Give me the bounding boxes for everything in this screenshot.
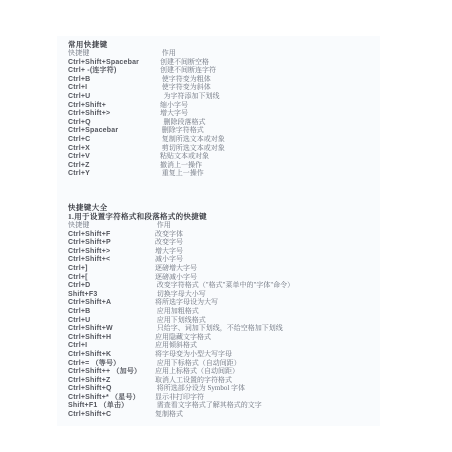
section-shortcut-compendium: 快捷键大全 1.用于设置字符格式和段落格式的快捷键 快捷键 作用 Ctrl+Sh… — [68, 203, 294, 419]
table-row: Ctrl+Shift+F改变字体 — [68, 230, 294, 239]
column-header-action: 作用 — [160, 49, 176, 58]
shortcut-action: 重复上一操作 — [160, 169, 204, 178]
shortcut-key: Ctrl+Shift+< — [68, 256, 155, 265]
shortcut-key: Ctrl+Z — [68, 162, 160, 171]
table-row: Ctrl+C 复制所选文本或对象 — [68, 135, 225, 144]
shortcut-key: Ctrl+Y — [68, 170, 160, 179]
shortcut-key: Ctrl+Shift+P — [68, 239, 155, 248]
shortcut-action: 逐磅增大字号 — [155, 264, 197, 273]
shortcut-action: 应用上标格式（自动间距） — [155, 367, 239, 376]
column-header-action: 作用 — [155, 221, 171, 230]
shortcut-action: 只给字、词加下划线，不给空格加下划线 — [155, 324, 283, 333]
shortcut-key: Ctrl+Shift+Z — [68, 377, 155, 386]
shortcut-key: Ctrl+B — [68, 76, 160, 85]
table-row: Ctrl+Shift+W 只给字、词加下划线，不给空格加下划线 — [68, 324, 294, 333]
shortcut-key: Ctrl+Shift+Q — [68, 385, 155, 394]
table-row: Ctrl+Shift++ （加号）应用上标格式（自动间距） — [68, 367, 294, 376]
shortcut-action: 剪切所选文本或对象 — [160, 144, 225, 153]
shortcut-table: Ctrl+Shift+F改变字体Ctrl+Shift+P改变字号Ctrl+Shi… — [68, 230, 294, 419]
shortcut-action: 复制格式 — [155, 410, 183, 419]
table-header-row: 快捷键 作用 — [68, 49, 225, 58]
shortcut-key: Ctrl+Shift+ — [68, 102, 160, 111]
shortcut-action: 粘贴文本或对象 — [160, 152, 209, 161]
table-row: Ctrl+U 应用下划线格式 — [68, 316, 294, 325]
shortcut-key: Ctrl+Shift+K — [68, 351, 155, 360]
shortcut-key: Ctrl+Shift++ （加号） — [68, 368, 155, 377]
shortcut-action: 删除字符格式 — [160, 126, 204, 135]
table-row: Ctrl+Shift+>增大字号 — [68, 109, 225, 118]
shortcut-key: Ctrl+] — [68, 265, 155, 274]
shortcut-key: Ctrl+I — [68, 84, 160, 93]
shortcut-key: Ctrl+Shift+F — [68, 231, 155, 240]
shortcut-key: Shift+F1 （单击） — [68, 402, 155, 411]
table-row: Ctrl+Spacebar 删除字符格式 — [68, 126, 225, 135]
shortcut-table: Ctrl+Shift+Spacebar创建不间断空格Ctrl+ -(连字符)创建… — [68, 58, 225, 178]
table-header-row: 快捷键 作用 — [68, 221, 294, 230]
section-title: 常用快捷键 — [68, 40, 225, 49]
shortcut-key: Ctrl+D — [68, 282, 155, 291]
shortcut-action: 改变字符格式（"格式"菜单中的"字体"命令） — [155, 281, 294, 290]
shortcut-action: 需查看文字格式了解其格式的文字 — [155, 401, 262, 410]
shortcut-action: 创建不间断空格 — [160, 58, 209, 67]
table-row: Ctrl+D 改变字符格式（"格式"菜单中的"字体"命令） — [68, 281, 294, 290]
shortcut-action: 创建不间断连字符 — [160, 66, 216, 75]
shortcut-key: Ctrl+Shift+A — [68, 299, 155, 308]
column-header-key: 快捷键 — [68, 221, 155, 230]
table-row: Ctrl+Shift+P改变字号 — [68, 238, 294, 247]
shortcut-action: 减小字号 — [155, 255, 183, 264]
shortcut-key: Ctrl+ -(连字符) — [68, 67, 160, 76]
shortcut-action: 使字符变为斜体 — [160, 83, 211, 92]
shortcut-action: 应用下标格式（自动间距） — [155, 359, 241, 368]
table-row: Ctrl+ -(连字符)创建不间断连字符 — [68, 66, 225, 75]
table-row: Ctrl+I 使字符变为斜体 — [68, 83, 225, 92]
shortcut-action: 应用下划线格式 — [155, 316, 206, 325]
shortcut-key: Ctrl+V — [68, 153, 160, 162]
table-row: Ctrl+]逐磅增大字号 — [68, 264, 294, 273]
shortcut-action: 将所选部分设为 Symbol 字体 — [155, 384, 245, 393]
shortcut-action: 取消人工设置的字符格式 — [155, 376, 232, 385]
document-page: 常用快捷键 快捷键 作用 Ctrl+Shift+Spacebar创建不间断空格C… — [57, 36, 380, 426]
table-row: Ctrl+Shift+A将所选字母设为大写 — [68, 298, 294, 307]
shortcut-key: Ctrl+Shift+> — [68, 248, 155, 257]
shortcut-action: 应用倾斜格式 — [155, 341, 197, 350]
table-row: Ctrl+B 应用加粗格式 — [68, 307, 294, 316]
shortcut-key: Ctrl+Shift+W — [68, 325, 155, 334]
table-row: Ctrl+Shift+缩小字号 — [68, 101, 225, 110]
shortcut-key: Ctrl+Spacebar — [68, 127, 160, 136]
table-row: Ctrl+[逐磅减小字号 — [68, 273, 294, 282]
table-row: Ctrl+Shift+<减小字号 — [68, 255, 294, 264]
shortcut-key: Ctrl+Shift+C — [68, 411, 155, 420]
shortcut-action: 为字符添加下划线 — [160, 92, 220, 101]
table-row: Ctrl+Shift+K将字母变为小型大写字母 — [68, 350, 294, 359]
shortcut-key: Ctrl+U — [68, 93, 160, 102]
section-common-shortcuts: 常用快捷键 快捷键 作用 Ctrl+Shift+Spacebar创建不间断空格C… — [68, 40, 225, 178]
shortcut-action: 复制所选文本或对象 — [160, 135, 225, 144]
shortcut-key: Ctrl+X — [68, 145, 160, 154]
table-row: Ctrl+Shift+Q 将所选部分设为 Symbol 字体 — [68, 384, 294, 393]
table-row: Ctrl+I应用倾斜格式 — [68, 341, 294, 350]
column-header-key: 快捷键 — [68, 49, 160, 58]
shortcut-key: Ctrl+C — [68, 136, 160, 145]
table-row: Ctrl+Shift+Spacebar创建不间断空格 — [68, 58, 225, 67]
table-row: Ctrl+= （等号） 应用下标格式（自动间距） — [68, 359, 294, 368]
table-row: Ctrl+Shift+C复制格式 — [68, 410, 294, 419]
table-row: Ctrl+U 为字符添加下划线 — [68, 92, 225, 101]
shortcut-key: Ctrl+Shift+> — [68, 110, 160, 119]
table-row: Ctrl+X 剪切所选文本或对象 — [68, 144, 225, 153]
table-row: Shift+F1 （单击） 需查看文字格式了解其格式的文字 — [68, 401, 294, 410]
shortcut-action: 改变字号 — [155, 238, 183, 247]
shortcut-action: 改变字体 — [155, 230, 183, 239]
shortcut-action: 应用加粗格式 — [155, 307, 199, 316]
shortcut-action: 增大字号 — [160, 109, 188, 118]
shortcut-action: 将字母变为小型大写字母 — [155, 350, 232, 359]
shortcut-key: Shift+F3 — [68, 291, 155, 300]
shortcut-key: Ctrl+I — [68, 342, 155, 351]
shortcut-action: 逐磅减小字号 — [155, 273, 197, 282]
shortcut-key: Ctrl+Q — [68, 119, 160, 128]
shortcut-key: Ctrl+[ — [68, 274, 155, 283]
shortcut-key: Ctrl+Shift+Spacebar — [68, 59, 160, 68]
table-row: Ctrl+Y 重复上一操作 — [68, 169, 225, 178]
table-row: Ctrl+Shift+Z取消人工设置的字符格式 — [68, 376, 294, 385]
shortcut-key: Ctrl+B — [68, 308, 155, 317]
section-title: 快捷键大全 — [68, 203, 294, 212]
table-row: Ctrl+V粘贴文本或对象 — [68, 152, 225, 161]
shortcut-key: Ctrl+U — [68, 317, 155, 326]
section-subtitle: 1.用于设置字符格式和段落格式的快捷键 — [68, 212, 294, 221]
shortcut-action: 缩小字号 — [160, 101, 188, 110]
shortcut-key: Ctrl+= （等号） — [68, 360, 155, 369]
shortcut-action: 将所选字母设为大写 — [155, 298, 218, 307]
shortcut-key: Ctrl+Shift+H — [68, 334, 155, 343]
